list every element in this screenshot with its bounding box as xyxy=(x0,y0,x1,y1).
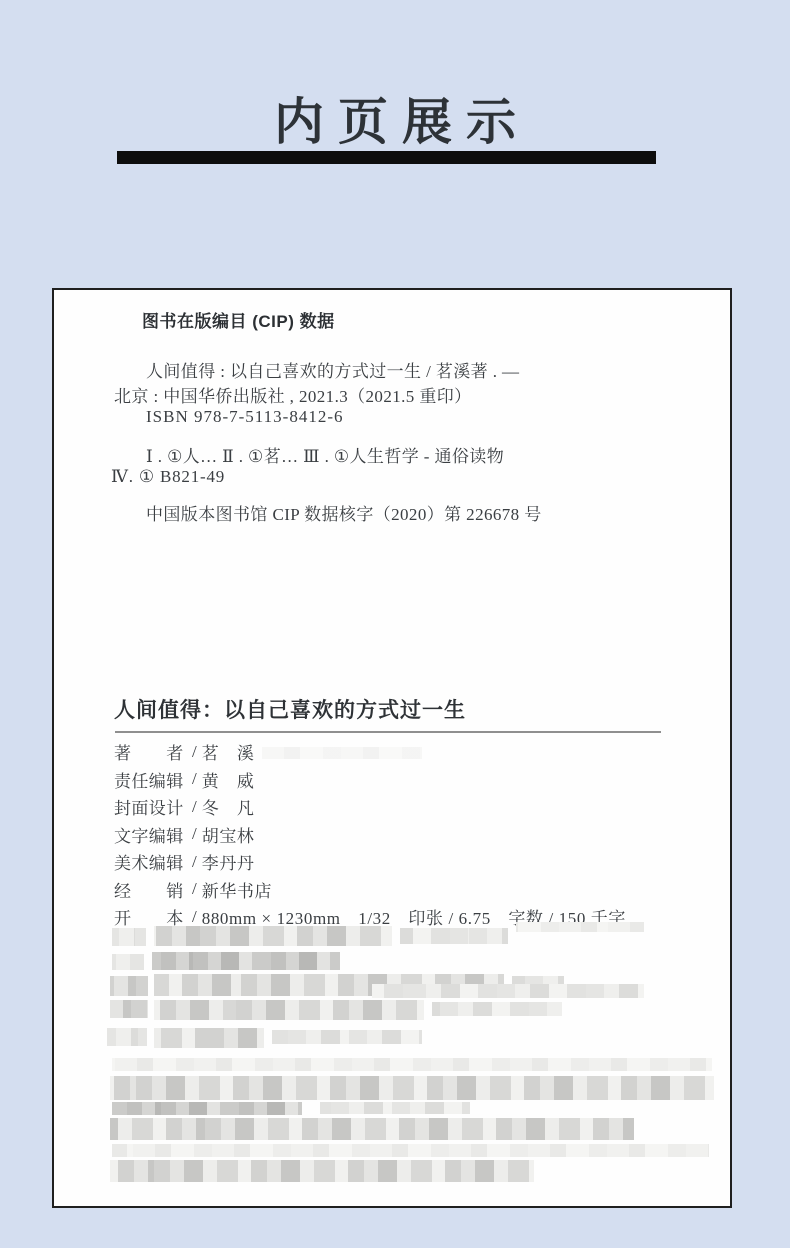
credit-label: 封面设计 xyxy=(114,794,190,819)
credit-row: 文字编辑/胡宝林 xyxy=(114,821,626,849)
credits-list: 著 者/茗 溪 责任编辑/黄 威 封面设计/冬 凡 文字编辑/胡宝林 美术编辑/… xyxy=(114,738,626,931)
credit-label: 经 销 xyxy=(114,877,190,902)
cip-line: 北京 : 中国华侨出版社 , 2021.3（2021.5 重印） xyxy=(114,382,472,407)
cip-heading: 图书在版编目 (CIP) 数据 xyxy=(142,307,335,332)
credit-separator: / xyxy=(192,824,197,844)
credit-separator: / xyxy=(192,742,197,762)
redacted-row xyxy=(272,1030,422,1044)
credit-label: 责任编辑 xyxy=(114,767,190,792)
cip-line: 人间值得 : 以自己喜欢的方式过一生 / 茗溪著 . — xyxy=(146,357,519,382)
redacted-row xyxy=(432,1002,562,1016)
credit-value: 新华书店 xyxy=(202,877,272,902)
credit-separator: / xyxy=(192,907,197,927)
title-underline-bar xyxy=(117,151,656,164)
redacted-row xyxy=(110,976,148,996)
credit-value: 李丹丹 xyxy=(202,849,255,874)
credit-separator: / xyxy=(192,879,197,899)
redacted-row xyxy=(154,926,392,946)
redacted-row xyxy=(262,747,422,759)
divider-rule xyxy=(115,731,661,733)
redacted-row xyxy=(112,928,146,946)
redacted-row xyxy=(112,1102,302,1115)
cip-isbn-line: ISBN 978-7-5113-8412-6 xyxy=(146,407,344,427)
credit-value: 冬 凡 xyxy=(202,794,255,819)
redacted-row xyxy=(154,1028,264,1048)
redacted-row xyxy=(320,1102,470,1114)
book-page: 图书在版编目 (CIP) 数据 人间值得 : 以自己喜欢的方式过一生 / 茗溪著… xyxy=(52,288,732,1208)
credit-value: 胡宝林 xyxy=(202,822,255,847)
credit-separator: / xyxy=(192,769,197,789)
credit-separator: / xyxy=(192,852,197,872)
redacted-row xyxy=(152,952,340,970)
redacted-row xyxy=(107,1028,147,1046)
redacted-row xyxy=(400,928,508,944)
redacted-row xyxy=(112,1144,709,1157)
credit-label: 文字编辑 xyxy=(114,822,190,847)
cip-classification-line: Ⅰ . ①人… Ⅱ . ①茗… Ⅲ . ①人生哲学 - 通俗读物 xyxy=(146,442,504,467)
redacted-row xyxy=(110,1118,634,1140)
credit-row: 美术编辑/李丹丹 xyxy=(114,848,626,876)
credit-row: 经 销/新华书店 xyxy=(114,876,626,904)
product-detail-image: 内页展示 图书在版编目 (CIP) 数据 人间值得 : 以自己喜欢的方式过一生 … xyxy=(0,0,790,1248)
section-title: 内页展示 xyxy=(0,82,790,154)
redacted-row xyxy=(110,1076,714,1100)
credit-label: 美术编辑 xyxy=(114,849,190,874)
redacted-row xyxy=(516,922,644,932)
redacted-row xyxy=(112,954,144,970)
redacted-row xyxy=(110,1000,148,1018)
cip-record-number-line: 中国版本图书馆 CIP 数据核字（2020）第 226678 号 xyxy=(146,500,542,525)
credit-value: 茗 溪 xyxy=(202,739,255,764)
credit-row: 责任编辑/黄 威 xyxy=(114,766,626,794)
credit-label: 著 者 xyxy=(114,739,190,764)
book-title: 人间值得：以自己喜欢的方式过一生 xyxy=(114,694,466,724)
redacted-row xyxy=(372,984,644,998)
credit-value: 黄 威 xyxy=(202,767,255,792)
credit-row: 封面设计/冬 凡 xyxy=(114,793,626,821)
credit-separator: / xyxy=(192,797,197,817)
redacted-row xyxy=(154,1000,424,1020)
cip-classification-line: Ⅳ. ① B821-49 xyxy=(111,467,225,487)
redacted-row xyxy=(112,1058,712,1071)
redacted-row xyxy=(110,1160,534,1182)
